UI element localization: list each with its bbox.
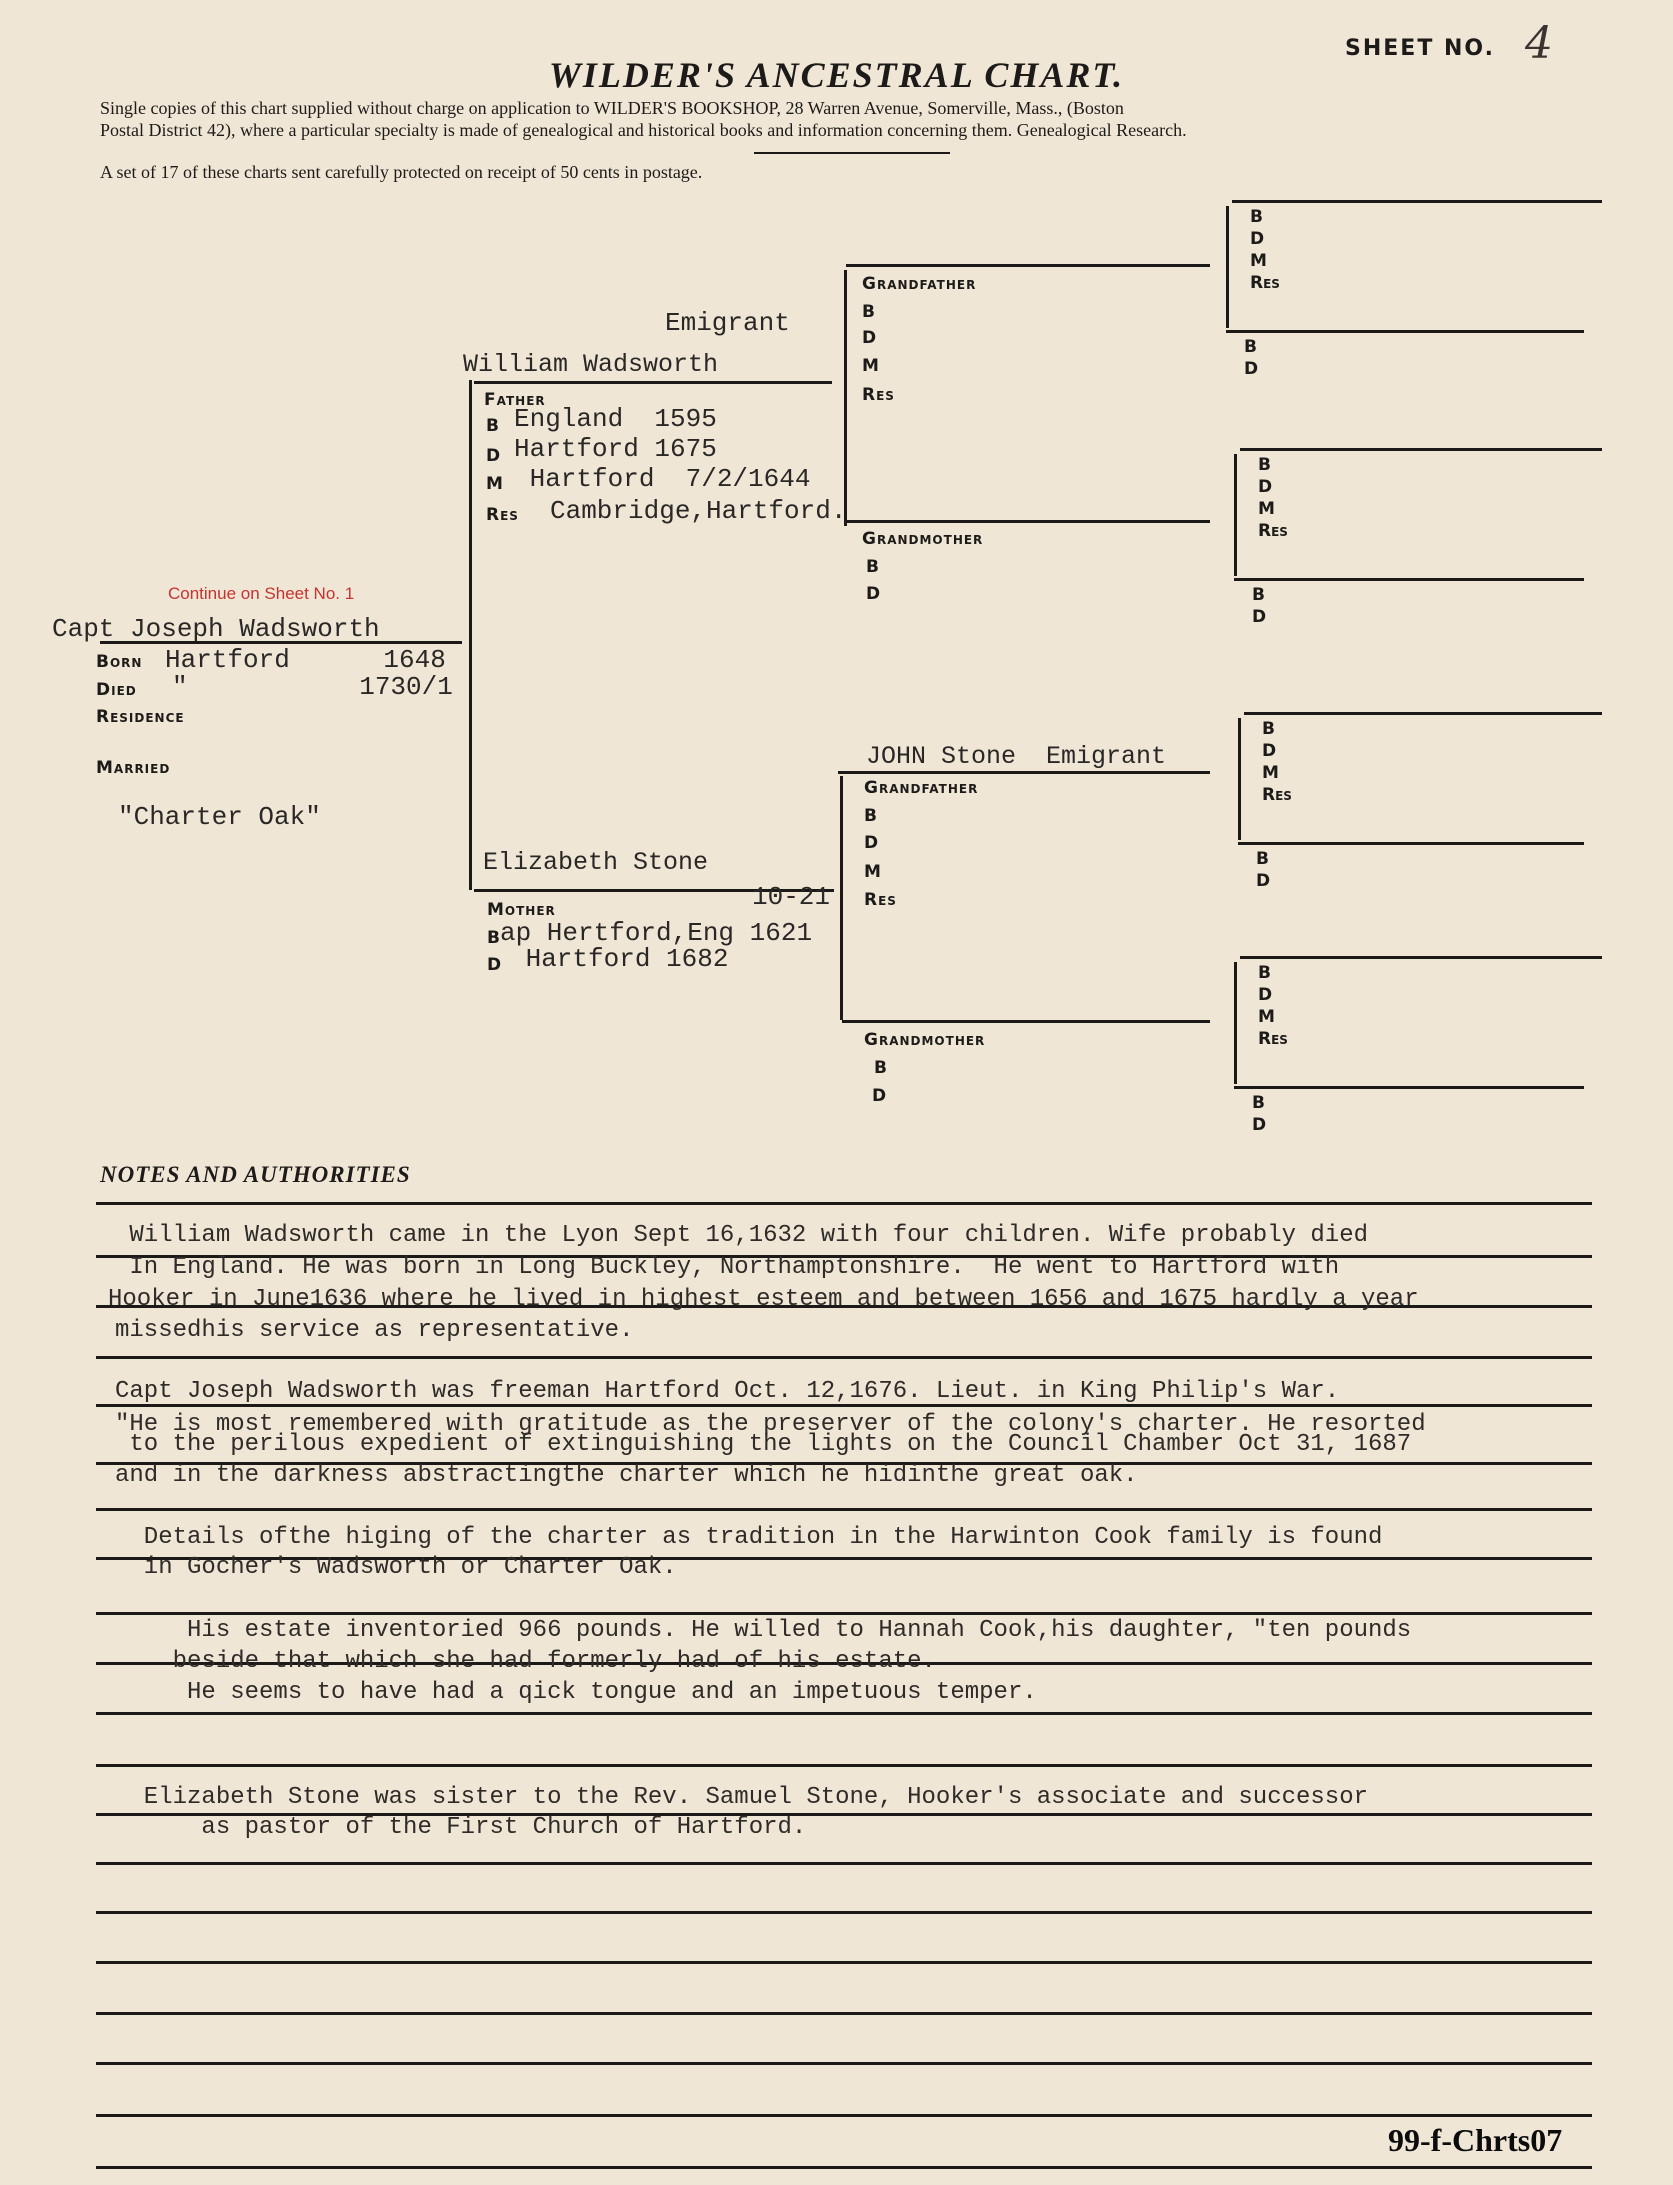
page-title: WILDER'S ANCESTRAL CHART. [0, 54, 1673, 96]
ruled-line [96, 1202, 1592, 1205]
mat-gf-role-label: Grandfather [864, 778, 978, 798]
gg-b-label: B [1258, 962, 1288, 984]
father-d-value: Hartford 1675 [514, 434, 717, 464]
gg-res-label: Res [1262, 784, 1292, 806]
father-res-value: Cambridge,Hartford. [550, 496, 846, 526]
gg-bottom-line [1226, 330, 1584, 333]
ruled-line [96, 1911, 1592, 1914]
gg-m-label: M [1258, 1006, 1288, 1028]
mother-b-label: B [487, 928, 501, 948]
gg-wife-d-label: D [1252, 1114, 1266, 1136]
mother-name: Elizabeth Stone [483, 848, 708, 877]
ruled-line [96, 1508, 1592, 1511]
father-b-value: England 1595 [514, 404, 717, 434]
married-label: Married [96, 758, 170, 778]
mat-bracket [840, 776, 843, 1020]
ruled-line [96, 1862, 1592, 1865]
pat-gf-line [846, 264, 1210, 267]
residence-label: Residence [96, 707, 185, 727]
gg-wife-b-label: B [1244, 336, 1258, 358]
gg-labels: B D M Res [1262, 718, 1292, 806]
pat-gm-role-label: Grandmother [862, 529, 983, 549]
note-line: William Wadsworth came in the Lyon Sept … [115, 1222, 1368, 1249]
footer-code: 99-f-Chrts07 [1388, 2122, 1562, 2159]
notes-heading: NOTES AND AUTHORITIES [100, 1162, 411, 1188]
gg-top-line [1232, 200, 1602, 203]
note-line: He seems to have had a qick tongue and a… [115, 1679, 1037, 1706]
pat-gm-line [846, 520, 1210, 523]
father-d-label: D [486, 446, 501, 466]
gg-d-label: D [1250, 228, 1280, 250]
gg-bottom-line [1238, 842, 1584, 845]
mat-gf-b: B [864, 806, 878, 826]
gg-wife-labels: B D [1256, 848, 1270, 892]
gg-res-label: Res [1258, 520, 1288, 542]
mat-gf-m: M [864, 862, 882, 882]
gg-b-label: B [1250, 206, 1280, 228]
gg-wife-b-label: B [1252, 584, 1266, 606]
pat-gm-d: D [866, 584, 881, 604]
note-line: Elizabeth Stone was sister to the Rev. S… [115, 1784, 1368, 1811]
mother-d-value: Hartford 1682 [510, 944, 728, 974]
born-label: Born [96, 652, 142, 672]
gg-bracket [1226, 206, 1229, 328]
gg-wife-d-label: D [1252, 606, 1266, 628]
gg-labels: B D M Res [1250, 206, 1280, 294]
gg-wife-labels: B D [1252, 584, 1266, 628]
gg-res-label: Res [1258, 1028, 1288, 1050]
note-line: in Gocher's Wadsworth or Charter Oak. [115, 1554, 677, 1581]
pat-gf-res: Res [862, 385, 895, 405]
gg-d-label: D [1262, 740, 1292, 762]
note-line: Capt Joseph Wadsworth was freeman Hartfo… [115, 1378, 1339, 1405]
mat-gm-b: B [874, 1058, 888, 1078]
note-line: Hooker in June1636 where he lived in hig… [108, 1286, 1419, 1313]
gg-wife-labels: B D [1244, 336, 1258, 380]
gg-bottom-line [1234, 1086, 1584, 1089]
note-line: missedhis service as representative. [115, 1317, 633, 1344]
mat-gm-line [842, 1020, 1210, 1023]
mother-d-label: D [487, 955, 502, 975]
gg-bracket [1234, 962, 1237, 1084]
gg-b-label: B [1258, 454, 1288, 476]
gg-m-label: M [1250, 250, 1280, 272]
mat-gm-d: D [872, 1086, 887, 1106]
pat-gf-b: B [862, 302, 876, 322]
gg-top-line [1240, 448, 1602, 451]
gg-bottom-line [1234, 578, 1584, 581]
died-value: " 1730/1 [172, 672, 453, 702]
ruled-line [96, 1612, 1592, 1615]
gg-labels: B D M Res [1258, 962, 1288, 1050]
gg-d-label: D [1258, 984, 1288, 1006]
father-line [474, 381, 832, 384]
note-line: to the perilous expedient of extinguishi… [115, 1431, 1411, 1458]
ruled-line [96, 2166, 1592, 2169]
pat-gm-b: B [866, 557, 880, 577]
father-m-value: Hartford 7/2/1644 [514, 464, 810, 494]
note-line: In England. He was born in Long Buckley,… [115, 1254, 1339, 1281]
subject-name: Capt Joseph Wadsworth [52, 614, 380, 644]
divider [754, 152, 950, 154]
note-line: and in the darkness abstractingthe chart… [115, 1462, 1138, 1489]
gg-bracket [1238, 718, 1241, 840]
pat-gf-role-label: Grandfather [862, 274, 976, 294]
pat-gf-m: M [862, 356, 880, 376]
father-b-label: B [486, 416, 500, 436]
gg-top-line [1240, 956, 1602, 959]
ruled-line [96, 2114, 1592, 2117]
gg-labels: B D M Res [1258, 454, 1288, 542]
gg-top-line [1244, 712, 1602, 715]
ruled-line [96, 1764, 1592, 1767]
gg-res-label: Res [1250, 272, 1280, 294]
ruled-line [96, 2062, 1592, 2065]
ruled-line [96, 1356, 1592, 1359]
mat-gf-line [838, 771, 1210, 774]
father-name: William Wadsworth [463, 350, 718, 379]
pat-gf-d: D [862, 328, 877, 348]
continue-note: Continue on Sheet No. 1 [168, 584, 354, 604]
note-line: as pastor of the First Church of Hartfor… [115, 1814, 806, 1841]
gg-b-label: B [1262, 718, 1292, 740]
father-res-label: Res [486, 505, 519, 525]
pat-bracket [844, 270, 847, 526]
married-value: "Charter Oak" [118, 802, 321, 832]
mat-gf-name: JOHN Stone Emigrant [866, 742, 1166, 771]
header-blurb-1: Single copies of this chart supplied wit… [100, 98, 1610, 119]
ruled-line [96, 2012, 1592, 2015]
mother-date-note: 10-21 [752, 882, 830, 912]
father-note: Emigrant [665, 308, 790, 338]
subject-line [100, 641, 462, 644]
gg-wife-b-label: B [1252, 1092, 1266, 1114]
header-blurb-3: A set of 17 of these charts sent careful… [100, 162, 1610, 183]
gg-wife-b-label: B [1256, 848, 1270, 870]
mat-gm-role-label: Grandmother [864, 1030, 985, 1050]
gg-bracket [1234, 454, 1237, 576]
gg-m-label: M [1258, 498, 1288, 520]
mother-role-label: Mother [487, 900, 556, 920]
mat-gf-d: D [864, 833, 879, 853]
note-line: His estate inventoried 966 pounds. He wi… [115, 1617, 1411, 1644]
note-line: beside that which she had formerly had o… [115, 1648, 936, 1675]
note-line: Details ofthe higing of the charter as t… [115, 1524, 1382, 1551]
gg-wife-labels: B D [1252, 1092, 1266, 1136]
ruled-line [96, 1961, 1592, 1964]
father-m-label: M [486, 474, 504, 494]
gg-d-label: D [1258, 476, 1288, 498]
parents-bracket [469, 380, 472, 890]
born-value: Hartford 1648 [165, 645, 446, 675]
ruled-line [96, 1712, 1592, 1715]
gg-m-label: M [1262, 762, 1292, 784]
mat-gf-res: Res [864, 890, 897, 910]
header-blurb-2: Postal District 42), where a particular … [100, 120, 1610, 141]
gg-wife-d-label: D [1256, 870, 1270, 892]
gg-wife-d-label: D [1244, 358, 1258, 380]
died-label: Died [96, 680, 137, 700]
